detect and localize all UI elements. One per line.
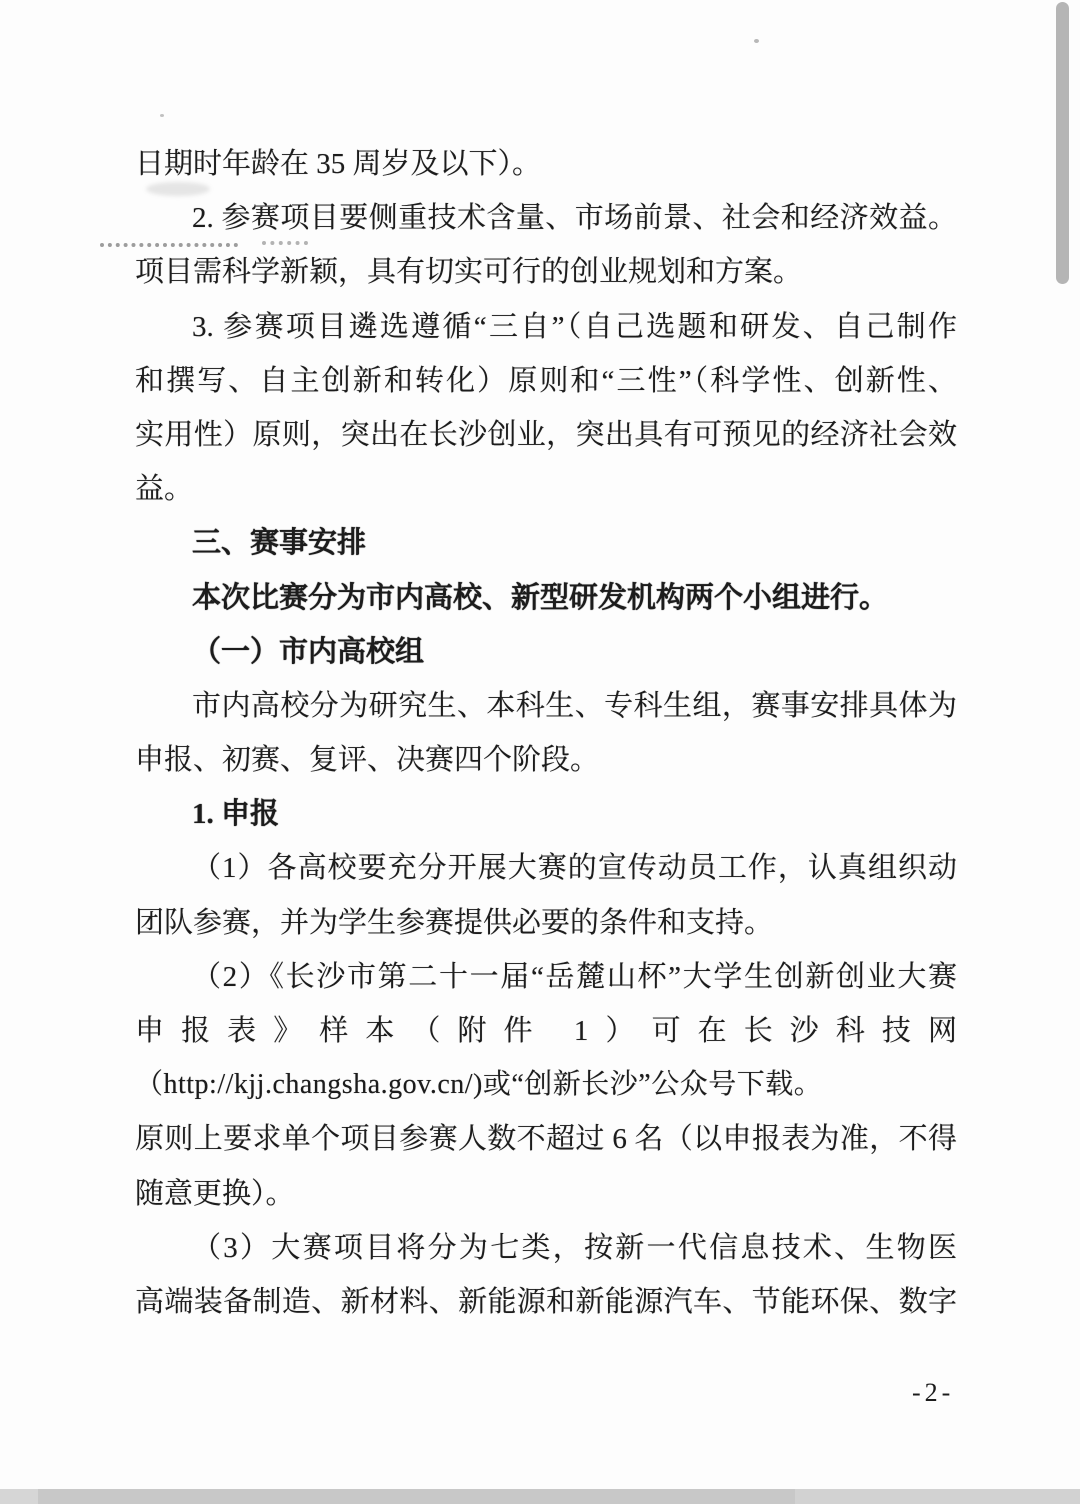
text-line: 实用性）原则，突出在长沙创业，突出具有可预见的经济社会效: [135, 408, 957, 462]
text-line: 益。: [135, 462, 957, 516]
text-line: 项目需科学新颖，具有切实可行的创业规划和方案。: [135, 245, 957, 299]
text-line: 3. 参赛项目遴选遵循“三自”（自己选题和研发、自己制作: [135, 300, 957, 354]
subsection-heading: （一）市内高校组: [135, 625, 957, 679]
scanner-edge-strip-segment: [795, 1489, 1080, 1504]
text-line-url: （http://kjj.changsha.gov.cn/)或“创新长沙”公众号下…: [135, 1058, 957, 1112]
text-line: 团队参赛，并为学生参赛提供必要的条件和支持。: [135, 896, 957, 950]
text-line: 随意更换）。: [135, 1167, 957, 1221]
scanner-edge-strip: [0, 1489, 1080, 1504]
text-line: 申报、初赛、复评、决赛四个阶段。: [135, 733, 957, 787]
scrollbar-thumb[interactable]: [1056, 2, 1069, 284]
scan-artifact: [262, 241, 308, 245]
text-line: 日期时年龄在 35 周岁及以下）。: [135, 137, 957, 191]
scanner-edge-strip-segment: [0, 1489, 38, 1504]
text-line: 2. 参赛项目要侧重技术含量、市场前景、社会和经济效益。: [135, 191, 957, 245]
subsection-heading: 1. 申报: [135, 787, 957, 841]
text-line: 申报表》样本（附件 1）可在长沙科技网: [135, 1004, 957, 1058]
text-line: 和撰写、自主创新和转化）原则和“三性”（科学性、创新性、: [135, 354, 957, 408]
text-line: （3）大赛项目将分为七类，按新一代信息技术、生物医药、: [135, 1221, 957, 1275]
page-number: -2-: [912, 1378, 954, 1408]
text-line: 高端装备制造、新材料、新能源和新能源汽车、节能环保、数字: [135, 1275, 957, 1329]
document-text-block: 日期时年龄在 35 周岁及以下）。 2. 参赛项目要侧重技术含量、市场前景、社会…: [135, 137, 957, 1329]
text-line: （2）《长沙市第二十一届“岳麓山杯”大学生创新创业大赛: [135, 950, 957, 1004]
section-heading: 三、赛事安排: [135, 516, 957, 570]
section-heading: 本次比赛分为市内高校、新型研发机构两个小组进行。: [135, 571, 957, 625]
text-line: 原则上要求单个项目参赛人数不超过 6 名（以申报表为准，不得: [135, 1112, 957, 1166]
scan-artifact: [100, 243, 238, 247]
scan-artifact: [754, 39, 759, 43]
scan-artifact: [160, 114, 164, 117]
scan-artifact: [146, 182, 210, 196]
text-line: 市内高校分为研究生、本科生、专科生组，赛事安排具体为: [135, 679, 957, 733]
scanned-document-page: 日期时年龄在 35 周岁及以下）。 2. 参赛项目要侧重技术含量、市场前景、社会…: [0, 0, 1080, 1489]
text-line: （1）各高校要充分开展大赛的宣传动员工作，认真组织动员: [135, 841, 957, 895]
